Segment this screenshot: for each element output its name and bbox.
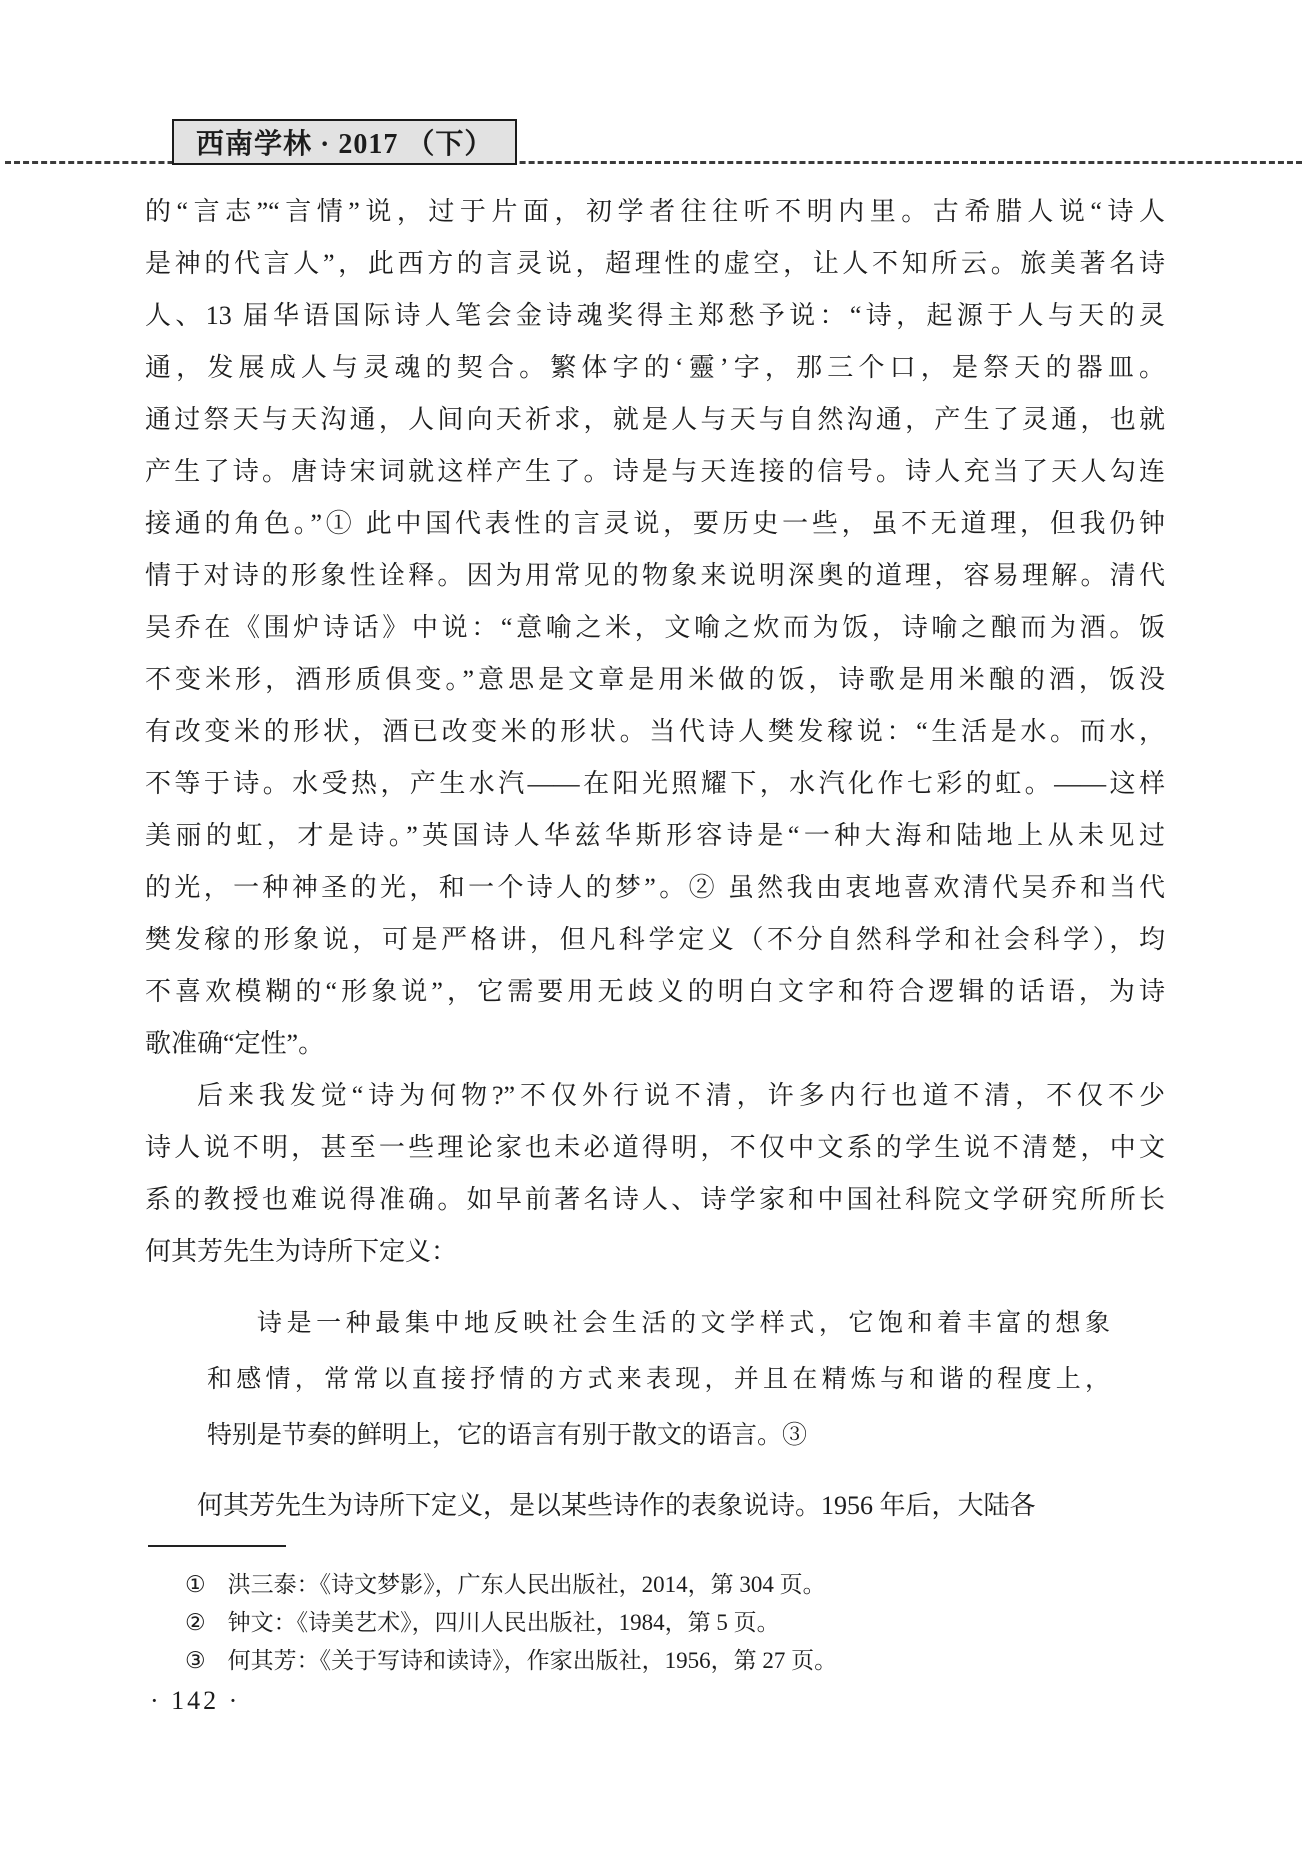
text-line: 有改变米的形状，酒已改变米的形状。当代诗人樊发稼说：“生活是水。而水， <box>145 706 1165 758</box>
text-line: 是神的代言人”，此西方的言灵说，超理性的虚空，让人不知所云。旅美著名诗 <box>145 238 1165 290</box>
footnote-marker: ② <box>185 1604 206 1642</box>
quote-line: 和感情，常常以直接抒情的方式来表现，并且在精炼与和谐的程度上， <box>207 1352 1110 1408</box>
text-line: 歌准确“定性”。 <box>145 1018 1165 1070</box>
page-number: · 142 · <box>150 1686 240 1716</box>
page-body: 的“言志”“言情”说，过于片面，初学者往往听不明内里。古希腊人说“诗人是神的代言… <box>145 186 1165 1532</box>
journal-title: 西南学林 · 2017 （下） <box>196 122 493 162</box>
text-line: 通过祭天与天沟通，人间向天祈求，就是人与天与自然沟通，产生了灵通，也就 <box>145 394 1165 446</box>
text-line: 美丽的虹，才是诗。”英国诗人华兹华斯形容诗是“一种大海和陆地上从未见过 <box>145 810 1165 862</box>
document-page: 西南学林 · 2017 （下） 的“言志”“言情”说，过于片面，初学者往往听不明… <box>0 0 1307 1859</box>
footnote-item: ①洪三泰：《诗文梦影》，广东人民出版社，2014，第 304 页。 <box>145 1566 1165 1604</box>
footnote-marker: ① <box>185 1566 206 1604</box>
footnote-text: 洪三泰：《诗文梦影》，广东人民出版社，2014，第 304 页。 <box>228 1572 826 1597</box>
text-line: 通，发展成人与灵魂的契合。繁体字的‘靈’字，那三个口，是祭天的器皿。 <box>145 342 1165 394</box>
text-line: 何其芳先生为诗所下定义，是以某些诗作的表象说诗。1956 年后，大陆各 <box>145 1480 1165 1532</box>
journal-header-box: 西南学林 · 2017 （下） <box>172 119 517 165</box>
text-line: 接通的角色。”① 此中国代表性的言灵说，要历史一些，虽不无道理，但我仍钟 <box>145 498 1165 550</box>
text-line: 不喜欢模糊的“形象说”，它需要用无歧义的明白文字和符合逻辑的话语，为诗 <box>145 966 1165 1018</box>
text-line: 产生了诗。唐诗宋词就这样产生了。诗是与天连接的信号。诗人充当了天人勾连 <box>145 446 1165 498</box>
footnote-item: ②钟文：《诗美艺术》，四川人民出版社，1984，第 5 页。 <box>145 1604 1165 1642</box>
text-line: 何其芳先生为诗所下定义： <box>145 1226 1165 1278</box>
footnote-text: 钟文：《诗美艺术》，四川人民出版社，1984，第 5 页。 <box>228 1610 780 1635</box>
paragraph: 何其芳先生为诗所下定义，是以某些诗作的表象说诗。1956 年后，大陆各 <box>145 1480 1165 1532</box>
text-line: 后来我发觉“诗为何物?”不仅外行说不清，许多内行也道不清，不仅不少 <box>145 1070 1165 1122</box>
footnote-marker: ③ <box>185 1642 206 1680</box>
text-line: 樊发稼的形象说，可是严格讲，但凡科学定义（不分自然科学和社会科学），均 <box>145 914 1165 966</box>
block-quote: 诗是一种最集中地反映社会生活的文学样式，它饱和着丰富的想象和感情，常常以直接抒情… <box>207 1296 1110 1464</box>
footnote-separator <box>148 1545 286 1547</box>
footnote-text: 何其芳：《关于写诗和读诗》，作家出版社，1956，第 27 页。 <box>228 1648 838 1673</box>
text-line: 人、13 届华语国际诗人笔会金诗魂奖得主郑愁予说：“诗，起源于人与天的灵 <box>145 290 1165 342</box>
text-line: 的“言志”“言情”说，过于片面，初学者往往听不明内里。古希腊人说“诗人 <box>145 186 1165 238</box>
text-line: 不变米形，酒形质俱变。”意思是文章是用米做的饭，诗歌是用米酿的酒，饭没 <box>145 654 1165 706</box>
text-line: 系的教授也难说得准确。如早前著名诗人、诗学家和中国社科院文学研究所所长 <box>145 1174 1165 1226</box>
text-line: 情于对诗的形象性诠释。因为用常见的物象来说明深奥的道理，容易理解。清代 <box>145 550 1165 602</box>
paragraph: 后来我发觉“诗为何物?”不仅外行说不清，许多内行也道不清，不仅不少诗人说不明，甚… <box>145 1070 1165 1278</box>
footnote-item: ③何其芳：《关于写诗和读诗》，作家出版社，1956，第 27 页。 <box>145 1642 1165 1680</box>
quote-line: 诗是一种最集中地反映社会生活的文学样式，它饱和着丰富的想象 <box>207 1296 1110 1352</box>
text-line: 不等于诗。水受热，产生水汽——在阳光照耀下，水汽化作七彩的虹。——这样 <box>145 758 1165 810</box>
text-line: 的光，一种神圣的光，和一个诗人的梦”。② 虽然我由衷地喜欢清代吴乔和当代 <box>145 862 1165 914</box>
quote-line: 特别是节奏的鲜明上，它的语言有别于散文的语言。③ <box>207 1408 1110 1464</box>
paragraph-continued: 的“言志”“言情”说，过于片面，初学者往往听不明内里。古希腊人说“诗人是神的代言… <box>145 186 1165 1070</box>
footnotes: ①洪三泰：《诗文梦影》，广东人民出版社，2014，第 304 页。②钟文：《诗美… <box>145 1566 1165 1680</box>
text-line: 诗人说不明，甚至一些理论家也未必道得明，不仅中文系的学生说不清楚，中文 <box>145 1122 1165 1174</box>
text-line: 吴乔在《围炉诗话》中说：“意喻之米，文喻之炊而为饭，诗喻之酿而为酒。饭 <box>145 602 1165 654</box>
